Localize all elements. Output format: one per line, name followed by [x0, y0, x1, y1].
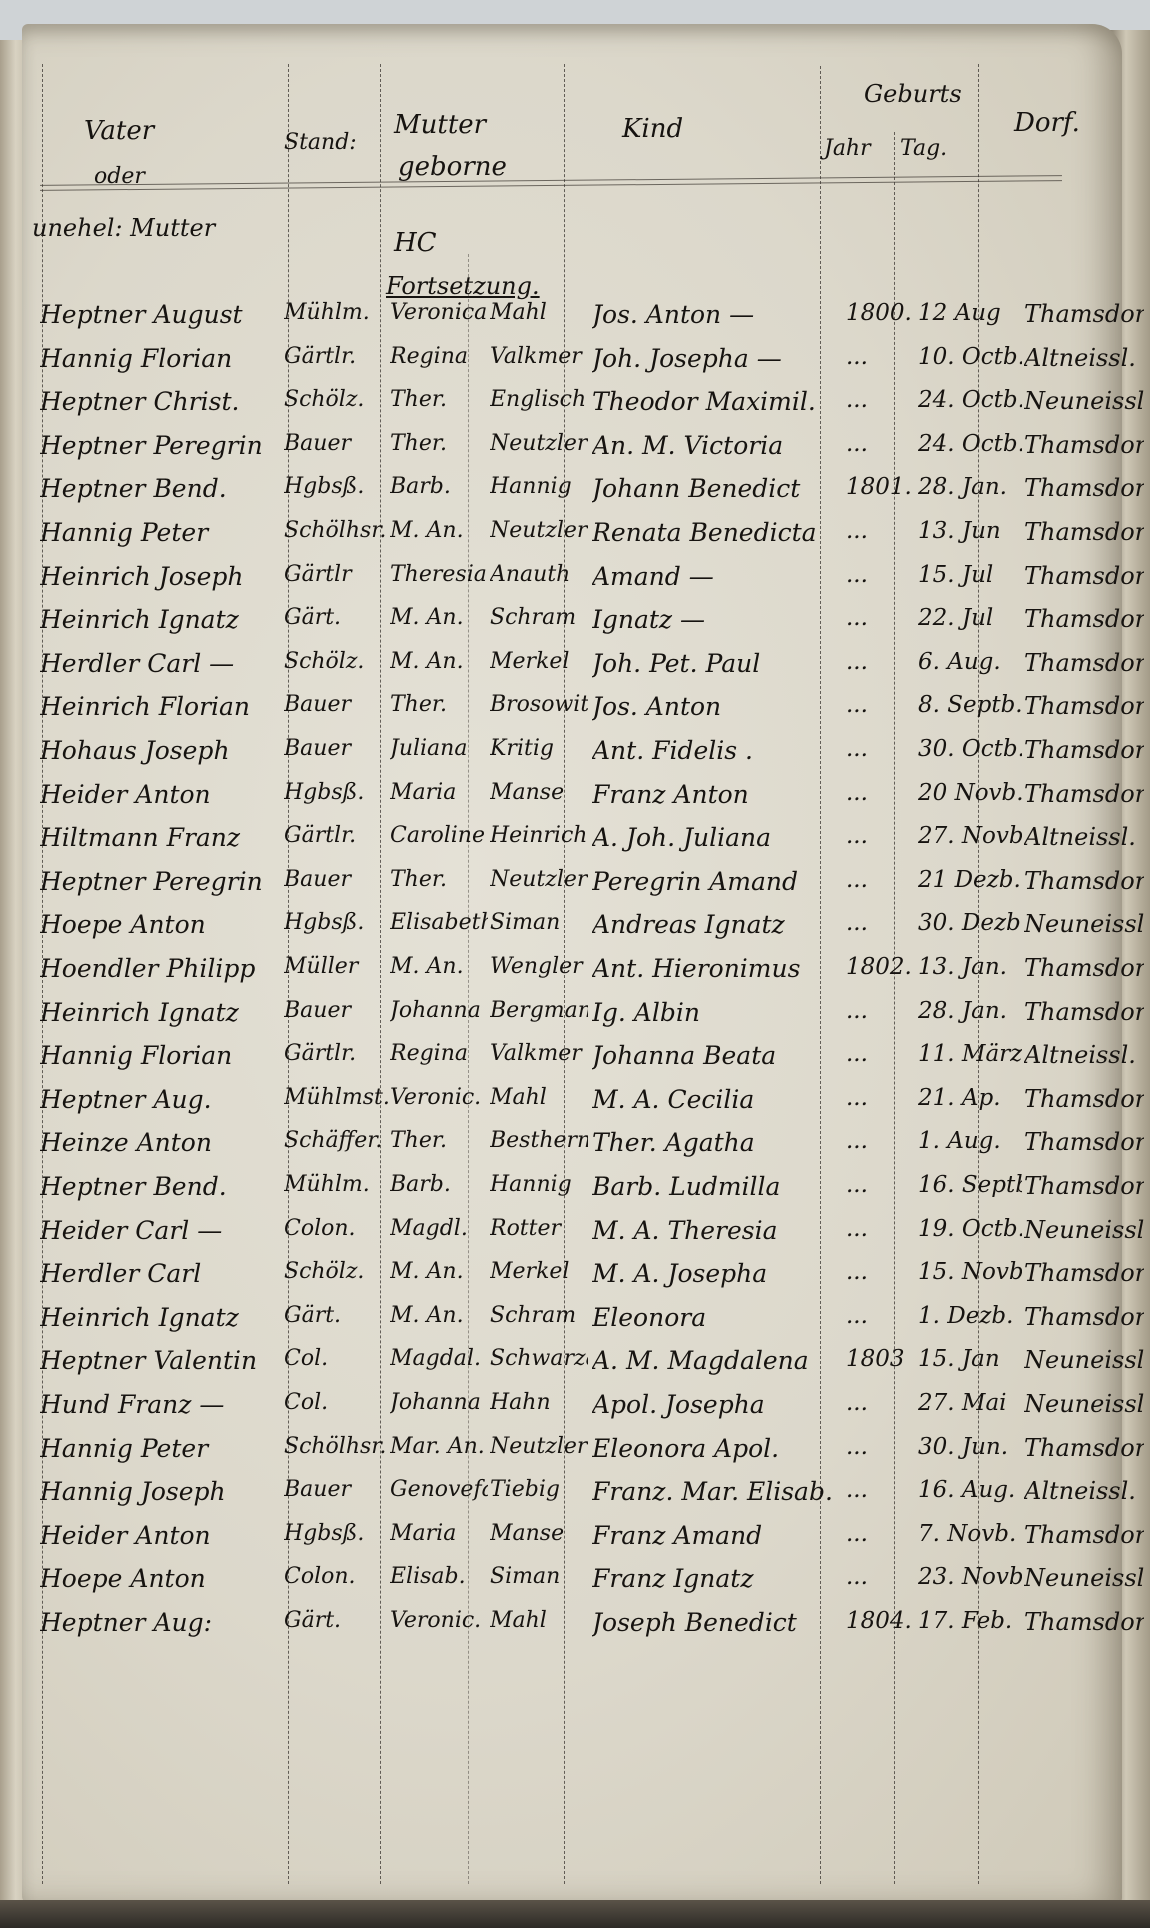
father-status: Hgbsß.: [284, 780, 388, 805]
table-row: Heptner Aug.Mühlmst.Veronic.MahlM. A. Ce…: [22, 1085, 1122, 1121]
table-row: Heptner Bend.Hgbsß.Barb.HannigJohann Ben…: [22, 474, 1122, 510]
table-row: Herdler CarlSchölz.M. An.MerkelM. A. Jos…: [22, 1259, 1122, 1295]
father-name: Hannig Peter: [40, 518, 290, 547]
father-name: Heinrich Ignatz: [40, 605, 290, 634]
mother-maiden-name: Siman: [490, 910, 588, 935]
header-birth: Geburts: [864, 80, 962, 108]
header-father: Vater: [84, 116, 154, 146]
mother-maiden-name: Brosowitz: [490, 692, 588, 717]
birth-year: ...: [846, 780, 918, 806]
village: Thamsdorf.: [1024, 1434, 1144, 1462]
mother-first-name: Magdal.: [390, 1346, 488, 1371]
mother-first-name: Maria: [390, 780, 488, 805]
birth-year: 1804.: [846, 1608, 918, 1634]
child-name: Jos. Anton —: [592, 300, 844, 329]
table-row: Heptner Aug:Gärt.Veronic.MahlJoseph Bene…: [22, 1608, 1122, 1644]
father-name: Heptner Valentin: [40, 1346, 290, 1375]
mother-maiden-name: Englisch: [490, 387, 588, 412]
father-status: Gärtlr.: [284, 823, 388, 848]
birth-day: 24. Octb.: [918, 387, 1022, 413]
table-row: Heptner PeregrinBauerTher.NeutzlerAn. M.…: [22, 431, 1122, 467]
father-status: Gärt.: [284, 605, 388, 630]
birth-day: 27. Mai: [918, 1390, 1022, 1416]
father-status: Hgbsß.: [284, 1521, 388, 1546]
mother-first-name: Barb.: [390, 474, 488, 499]
father-name: Hohaus Joseph: [40, 736, 290, 765]
child-name: Eleonora Apol.: [592, 1434, 844, 1463]
village: Altneissl.: [1024, 344, 1144, 372]
table-row: Hiltmann FranzGärtlr.CarolineHeinrichA. …: [22, 823, 1122, 859]
mother-maiden-name: Neutzler: [490, 518, 588, 543]
father-status: Bauer: [284, 998, 388, 1023]
birth-year: ...: [846, 1216, 918, 1242]
child-name: Peregrin Amand: [592, 867, 844, 896]
child-name: Johanna Beata: [592, 1041, 844, 1070]
mother-first-name: Regina: [390, 344, 488, 369]
mother-maiden-name: Valkmer: [490, 1041, 588, 1066]
header-mother-born: geborne: [398, 152, 507, 182]
father-status: Bauer: [284, 1477, 388, 1502]
village: Thamsdorf.: [1024, 605, 1144, 633]
father-status: Gärtlr.: [284, 344, 388, 369]
child-name: Amand —: [592, 562, 844, 591]
village: Altneissl.: [1024, 1041, 1144, 1069]
birth-day: 13. Jun: [918, 518, 1022, 544]
child-name: Theodor Maximil.: [592, 387, 844, 416]
father-status: Mühlm.: [284, 1172, 388, 1197]
father-status: Schäffer.: [284, 1128, 388, 1153]
birth-year: 1800.: [846, 300, 918, 326]
table-row: Hohaus JosephBauerJulianaKritigAnt. Fide…: [22, 736, 1122, 772]
header-day: Tag.: [900, 136, 947, 161]
village: Neuneissl.: [1024, 1564, 1144, 1592]
birth-day: 15. Jul: [918, 562, 1022, 588]
child-name: Ig. Albin: [592, 998, 844, 1027]
father-name: Heinrich Florian: [40, 692, 290, 721]
birth-year: ...: [846, 692, 918, 718]
father-status: Gärt.: [284, 1303, 388, 1328]
village: Thamsdorf.: [1024, 562, 1144, 590]
father-status: Hgbsß.: [284, 474, 388, 499]
birth-year: 1801.: [846, 474, 918, 500]
birth-year: ...: [846, 431, 918, 457]
table-row: Heptner Bend.Mühlm.Barb.HannigBarb. Ludm…: [22, 1172, 1122, 1208]
child-name: Andreas Ignatz: [592, 910, 844, 939]
mother-first-name: Regina: [390, 1041, 488, 1066]
child-name: A. Joh. Juliana: [592, 823, 844, 852]
birth-year: 1803: [846, 1346, 918, 1372]
birth-year: ...: [846, 344, 918, 370]
birth-year: ...: [846, 518, 918, 544]
birth-year: ...: [846, 562, 918, 588]
child-name: Ant. Fidelis .: [592, 736, 844, 765]
table-row: Hoepe AntonColon.Elisab.SimanFranz Ignat…: [22, 1564, 1122, 1600]
mother-first-name: Veronic.: [390, 1608, 488, 1633]
birth-year: ...: [846, 605, 918, 631]
birth-day: 10. Octb.: [918, 344, 1022, 370]
village: Thamsdorf.: [1024, 1303, 1144, 1331]
village: Thamsdorf.: [1024, 474, 1144, 502]
birth-year: ...: [846, 1172, 918, 1198]
father-status: Colon.: [284, 1216, 388, 1241]
birth-year: ...: [846, 387, 918, 413]
father-name: Heptner Christ.: [40, 387, 290, 416]
mother-maiden-name: Mahl: [490, 1085, 588, 1110]
birth-day: 20 Novb.: [918, 780, 1022, 806]
birth-day: 16. Septb.: [918, 1172, 1022, 1198]
mother-first-name: Ther.: [390, 1128, 488, 1153]
mother-first-name: Ther.: [390, 387, 488, 412]
child-name: M. A. Cecilia: [592, 1085, 844, 1114]
village: Thamsdorf.: [1024, 518, 1144, 546]
child-name: Franz Ignatz: [592, 1564, 844, 1593]
mother-maiden-name: Neutzler: [490, 867, 588, 892]
birth-day: 1. Aug.: [918, 1128, 1022, 1154]
village: Thamsdorf.: [1024, 692, 1144, 720]
continuation-mark: HC: [394, 228, 437, 258]
father-name: Heptner Peregrin: [40, 431, 290, 460]
father-name: Heider Anton: [40, 780, 290, 809]
village: Thamsdorf.: [1024, 780, 1144, 808]
table-row: Hannig FlorianGärtlr.ReginaValkmerJohann…: [22, 1041, 1122, 1077]
father-name: Herdler Carl: [40, 1259, 290, 1288]
mother-maiden-name: Neutzler: [490, 431, 588, 456]
village: Thamsdorf.: [1024, 1085, 1144, 1113]
birth-year: ...: [846, 1521, 918, 1547]
father-status: Col.: [284, 1390, 388, 1415]
father-name: Heinrich Ignatz: [40, 1303, 290, 1332]
father-name: Heptner Bend.: [40, 1172, 290, 1201]
village: Thamsdorf.: [1024, 1172, 1144, 1200]
table-row: Hannig PeterSchölhsr.Mar. An.NeutzlerEle…: [22, 1434, 1122, 1470]
child-name: Jos. Anton: [592, 692, 844, 721]
table-row: Heptner Christ.Schölz.Ther.EnglischTheod…: [22, 387, 1122, 423]
child-name: M. A. Josepha: [592, 1259, 844, 1288]
table-row: Heptner AugustMühlm.VeronicaMahlJos. Ant…: [22, 300, 1122, 336]
birth-day: 15. Jan: [918, 1346, 1022, 1372]
birth-year: ...: [846, 1303, 918, 1329]
village: Thamsdorf.: [1024, 300, 1144, 328]
mother-first-name: M. An.: [390, 1259, 488, 1284]
mother-first-name: Johanna: [390, 998, 488, 1023]
birth-day: 28. Jan.: [918, 998, 1022, 1024]
birth-year: ...: [846, 867, 918, 893]
village: Altneissl.: [1024, 823, 1144, 851]
father-name: Hoepe Anton: [40, 1564, 290, 1593]
father-status: Gärtlr: [284, 562, 388, 587]
father-status: Colon.: [284, 1564, 388, 1589]
village: Thamsdorf.: [1024, 998, 1144, 1026]
child-name: Franz Amand: [592, 1521, 844, 1550]
birth-day: 28. Jan.: [918, 474, 1022, 500]
father-name: Hannig Peter: [40, 1434, 290, 1463]
mother-first-name: Magdl.: [390, 1216, 488, 1241]
mother-maiden-name: Hannig: [490, 1172, 588, 1197]
mother-first-name: Ther.: [390, 692, 488, 717]
table-row: Heptner ValentinCol.Magdal.SchwarzaA. M.…: [22, 1346, 1122, 1382]
father-status: Schölhsr.: [284, 518, 388, 543]
mother-first-name: Barb.: [390, 1172, 488, 1197]
child-name: Renata Benedicta: [592, 518, 844, 547]
village: Thamsdorf.: [1024, 1608, 1144, 1636]
table-row: Heptner PeregrinBauerTher.NeutzlerPeregr…: [22, 867, 1122, 903]
birth-day: 27. Novb.: [918, 823, 1022, 849]
child-name: An. M. Victoria: [592, 431, 844, 460]
mother-maiden-name: Mahl: [490, 300, 588, 325]
child-name: Franz Anton: [592, 780, 844, 809]
mother-first-name: Ther.: [390, 867, 488, 892]
father-name: Heptner Aug:: [40, 1608, 290, 1637]
father-name: Heptner Aug.: [40, 1085, 290, 1114]
village: Thamsdorf.: [1024, 954, 1144, 982]
mother-first-name: Maria: [390, 1521, 488, 1546]
village: Thamsdorf.: [1024, 431, 1144, 459]
child-name: Joseph Benedict: [592, 1608, 844, 1637]
continuation-label: Fortsetzung.: [386, 272, 540, 300]
father-status: Hgbsß.: [284, 910, 388, 935]
child-name: Ant. Hieronimus: [592, 954, 844, 983]
birth-day: 19. Octb.: [918, 1216, 1022, 1242]
mother-first-name: Ther.: [390, 431, 488, 456]
birth-year: ...: [846, 649, 918, 675]
father-status: Schölhsr.: [284, 1434, 388, 1459]
mother-maiden-name: Merkel: [490, 1259, 588, 1284]
mother-maiden-name: Merkel: [490, 649, 588, 674]
father-status: Bauer: [284, 692, 388, 717]
mother-maiden-name: Neutzler: [490, 1434, 588, 1459]
table-row: Heinrich IgnatzBauerJohannaBergmanIg. Al…: [22, 998, 1122, 1034]
table-row: Hannig FlorianGärtlr.ReginaValkmerJoh. J…: [22, 344, 1122, 380]
table-row: Hannig PeterSchölhsr.M. An.NeutzlerRenat…: [22, 518, 1122, 554]
mother-first-name: Elisab.: [390, 1564, 488, 1589]
mother-first-name: Johanna: [390, 1390, 488, 1415]
child-name: Johann Benedict: [592, 474, 844, 503]
mother-first-name: Elisabeth: [390, 910, 488, 935]
table-row: Hoepe AntonHgbsß.ElisabethSimanAndreas I…: [22, 910, 1122, 946]
child-name: Ignatz —: [592, 605, 844, 634]
child-name: A. M. Magdalena: [592, 1346, 844, 1375]
mother-maiden-name: Schwarza: [490, 1346, 588, 1371]
father-status: Col.: [284, 1346, 388, 1371]
child-name: Joh. Pet. Paul: [592, 649, 844, 678]
mother-maiden-name: Bergman: [490, 998, 588, 1023]
mother-maiden-name: Tiebig: [490, 1477, 588, 1502]
header-father-oder: oder: [94, 164, 145, 189]
mother-first-name: Juliana: [390, 736, 488, 761]
header-year: Jahr: [824, 136, 871, 161]
table-row: Heider AntonHgbsß.MariaManseFranz Anton.…: [22, 780, 1122, 816]
father-status: Mühlm.: [284, 300, 388, 325]
father-name: Heinrich Ignatz: [40, 998, 290, 1027]
father-status: Bauer: [284, 431, 388, 456]
birth-year: ...: [846, 910, 918, 936]
village: Thamsdorf.: [1024, 736, 1144, 764]
village: Neuneissl.: [1024, 1390, 1144, 1418]
village: Thamsdorf.: [1024, 867, 1144, 895]
mother-maiden-name: Mahl: [490, 1608, 588, 1633]
birth-day: 23. Novb.: [918, 1564, 1022, 1590]
village: Neuneissl.: [1024, 387, 1144, 415]
book-bottom-edge: [0, 1900, 1150, 1928]
village: Neuneissl.: [1024, 1346, 1144, 1374]
father-name: Hoepe Anton: [40, 910, 290, 939]
table-row: Heinrich IgnatzGärt.M. An.SchramIgnatz —…: [22, 605, 1122, 641]
father-name: Hund Franz —: [40, 1390, 290, 1419]
mother-first-name: M. An.: [390, 605, 488, 630]
birth-day: 30. Dezb.: [918, 910, 1022, 936]
mother-maiden-name: Siman: [490, 1564, 588, 1589]
register-page: Vater oder unehel: Mutter Stand: Mutter …: [22, 24, 1122, 1904]
father-name: Heider Carl —: [40, 1216, 290, 1245]
father-name: Heptner Peregrin: [40, 867, 290, 896]
birth-year: ...: [846, 1259, 918, 1285]
mother-first-name: Veronic.: [390, 1085, 488, 1110]
birth-year: ...: [846, 1041, 918, 1067]
birth-year: ...: [846, 736, 918, 762]
father-name: Heptner Bend.: [40, 474, 290, 503]
father-name: Heinze Anton: [40, 1128, 290, 1157]
father-status: Bauer: [284, 867, 388, 892]
father-status: Gärtlr.: [284, 1041, 388, 1066]
father-name: Hannig Joseph: [40, 1477, 290, 1506]
father-name: Heptner August: [40, 300, 290, 329]
mother-maiden-name: Anauth: [490, 562, 588, 587]
village: Altneissl.: [1024, 1477, 1144, 1505]
mother-maiden-name: Rotter: [490, 1216, 588, 1241]
header-child: Kind: [622, 114, 683, 144]
mother-maiden-name: Manse: [490, 1521, 588, 1546]
mother-maiden-name: Hannig: [490, 474, 588, 499]
father-name: Heider Anton: [40, 1521, 290, 1550]
table-row: Herdler Carl —Schölz.M. An.MerkelJoh. Pe…: [22, 649, 1122, 685]
mother-maiden-name: Wengler: [490, 954, 588, 979]
father-status: Mühlmst.: [284, 1085, 388, 1110]
table-row: Heinze AntonSchäffer.Ther.BesthernerTher…: [22, 1128, 1122, 1164]
father-name: Herdler Carl —: [40, 649, 290, 678]
child-name: Eleonora: [592, 1303, 844, 1332]
mother-maiden-name: Hahn: [490, 1390, 588, 1415]
birth-year: ...: [846, 1434, 918, 1460]
birth-year: 1802.: [846, 954, 918, 980]
father-name: Heinrich Joseph: [40, 562, 290, 591]
birth-day: 6. Aug.: [918, 649, 1022, 675]
village: Thamsdorf.: [1024, 1521, 1144, 1549]
mother-maiden-name: Schram: [490, 1303, 588, 1328]
birth-year: ...: [846, 1128, 918, 1154]
village: Thamsdorf.: [1024, 1259, 1144, 1287]
father-name: Hiltmann Franz: [40, 823, 290, 852]
mother-first-name: Caroline: [390, 823, 488, 848]
birth-day: 17. Feb.: [918, 1608, 1022, 1634]
birth-day: 8. Septb.: [918, 692, 1022, 718]
birth-day: 16. Aug.: [918, 1477, 1022, 1503]
village: Thamsdorf.: [1024, 649, 1144, 677]
mother-maiden-name: Valkmer: [490, 344, 588, 369]
mother-first-name: Theresia: [390, 562, 488, 587]
birth-year: ...: [846, 1390, 918, 1416]
birth-day: 22. Jul: [918, 605, 1022, 631]
header-mother: Mutter: [394, 110, 486, 140]
table-row: Hund Franz —Col.JohannaHahnApol. Josepha…: [22, 1390, 1122, 1426]
header-stand: Stand:: [284, 130, 357, 155]
father-status: Bauer: [284, 736, 388, 761]
birth-day: 11. März: [918, 1041, 1022, 1067]
birth-year: ...: [846, 1564, 918, 1590]
child-name: Barb. Ludmilla: [592, 1172, 844, 1201]
father-status: Müller: [284, 954, 388, 979]
mother-first-name: M. An.: [390, 954, 488, 979]
header-divider: [40, 175, 1062, 191]
table-row: Hannig JosephBauerGenovefaTiebigFranz. M…: [22, 1477, 1122, 1513]
mother-maiden-name: Manse: [490, 780, 588, 805]
child-name: Apol. Josepha: [592, 1390, 844, 1419]
table-row: Heider AntonHgbsß.MariaManseFranz Amand.…: [22, 1521, 1122, 1557]
father-status: Schölz.: [284, 387, 388, 412]
birth-day: 7. Novb.: [918, 1521, 1022, 1547]
header-unmarried-mother: unehel: Mutter: [32, 214, 215, 242]
mother-first-name: Genovefa: [390, 1477, 488, 1502]
birth-year: ...: [846, 1477, 918, 1503]
birth-day: 1. Dezb.: [918, 1303, 1022, 1329]
mother-maiden-name: Bestherner: [490, 1128, 588, 1153]
birth-day: 21. Ap.: [918, 1085, 1022, 1111]
table-row: Hoendler PhilippMüllerM. An.WenglerAnt. …: [22, 954, 1122, 990]
mother-first-name: M. An.: [390, 518, 488, 543]
birth-day: 30. Octb.: [918, 736, 1022, 762]
birth-year: ...: [846, 1085, 918, 1111]
mother-first-name: Veronica: [390, 300, 488, 325]
father-name: Hannig Florian: [40, 1041, 290, 1070]
table-row: Heider Carl —Colon.Magdl.RotterM. A. The…: [22, 1216, 1122, 1252]
mother-maiden-name: Schram: [490, 605, 588, 630]
father-status: Gärt.: [284, 1608, 388, 1633]
village: Neuneissl.: [1024, 910, 1144, 938]
birth-year: ...: [846, 823, 918, 849]
mother-maiden-name: Heinrich: [490, 823, 588, 848]
child-name: M. A. Theresia: [592, 1216, 844, 1245]
child-name: Franz. Mar. Elisab.: [592, 1477, 844, 1506]
mother-maiden-name: Kritig: [490, 736, 588, 761]
mother-first-name: Mar. An.: [390, 1434, 488, 1459]
mother-first-name: M. An.: [390, 649, 488, 674]
father-status: Schölz.: [284, 1259, 388, 1284]
mother-first-name: M. An.: [390, 1303, 488, 1328]
father-name: Hannig Florian: [40, 344, 290, 373]
child-name: Ther. Agatha: [592, 1128, 844, 1157]
village: Thamsdorf.: [1024, 1128, 1144, 1156]
birth-day: 15. Novb.: [918, 1259, 1022, 1285]
father-status: Schölz.: [284, 649, 388, 674]
table-row: Heinrich FlorianBauerTher.BrosowitzJos. …: [22, 692, 1122, 728]
child-name: Joh. Josepha —: [592, 344, 844, 373]
table-row: Heinrich IgnatzGärt.M. An.SchramEleonora…: [22, 1303, 1122, 1339]
table-row: Heinrich JosephGärtlrTheresiaAnauthAmand…: [22, 562, 1122, 598]
father-name: Hoendler Philipp: [40, 954, 290, 983]
birth-day: 24. Octb.: [918, 431, 1022, 457]
birth-day: 12 Aug: [918, 300, 1022, 326]
birth-day: 30. Jun.: [918, 1434, 1022, 1460]
birth-day: 13. Jan.: [918, 954, 1022, 980]
birth-day: 21 Dezb.: [918, 867, 1022, 893]
header-village: Dorf.: [1014, 108, 1080, 138]
birth-year: ...: [846, 998, 918, 1024]
village: Neuneissl.: [1024, 1216, 1144, 1244]
